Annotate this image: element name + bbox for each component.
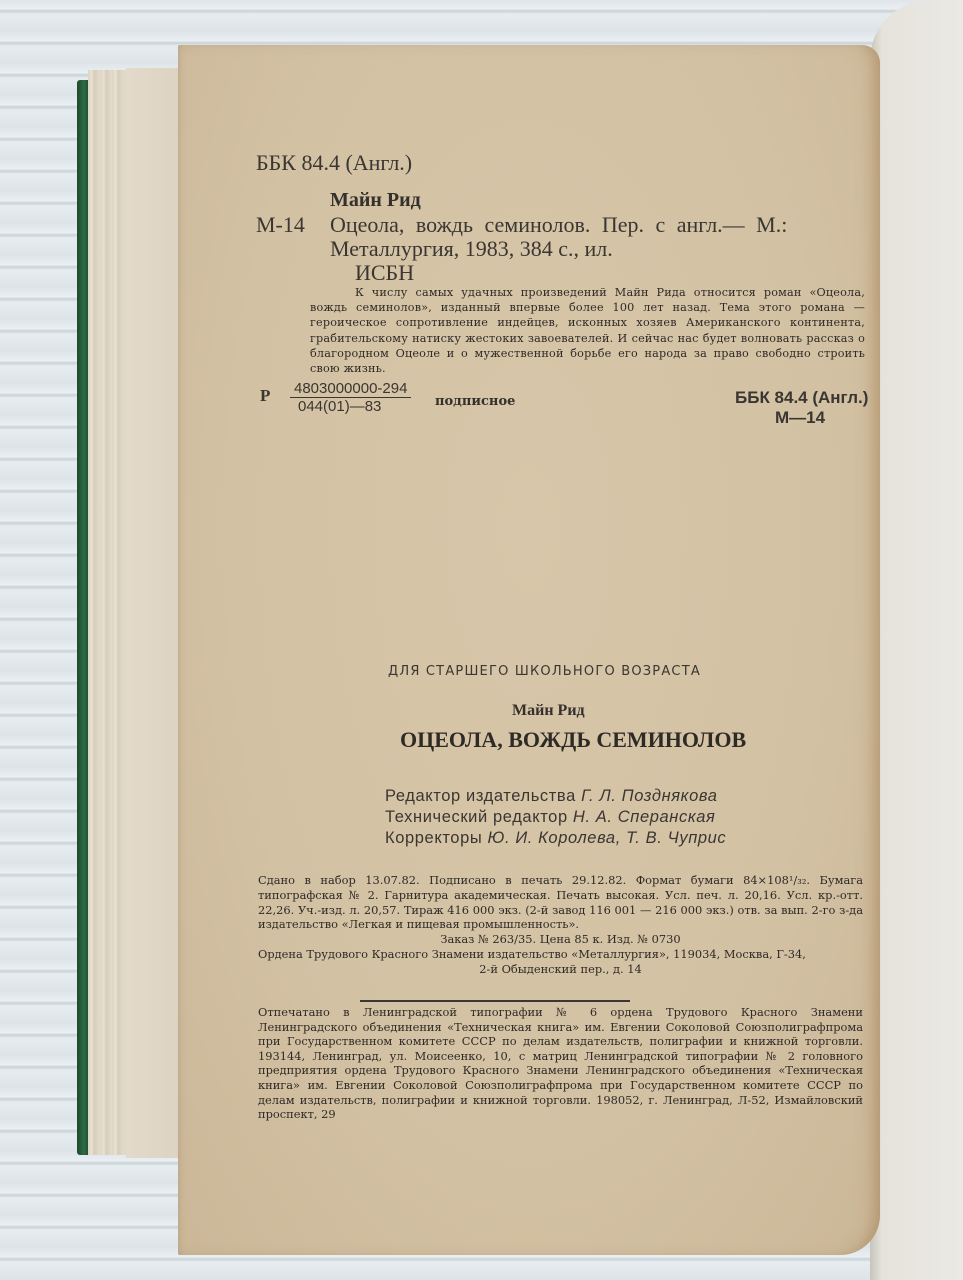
r-letter: Р: [260, 386, 270, 406]
credit-editor: Редактор издательства Г. Л. Позднякова: [385, 786, 726, 807]
bbk-right-index: М—14: [735, 408, 868, 428]
facing-page: [870, 0, 963, 1280]
imprint-block: Сдано в набор 13.07.82. Подписано в печа…: [258, 873, 863, 977]
publisher-line: Ордена Трудового Красного Знамени издате…: [258, 947, 863, 962]
catalog-title-line: Оцеола, вождь семинолов. Пер. с англ.— М…: [330, 212, 787, 238]
credit-role: Редактор издательства: [385, 787, 576, 805]
printer-block: Отпечатано в Ленинградской типографии № …: [258, 1005, 863, 1122]
colophon-title: ОЦЕОЛА, ВОЖДЬ СЕМИНОЛОВ: [400, 727, 746, 753]
page-block-edges-inner: [126, 68, 186, 1158]
code-numerator: 4803000000-294: [290, 380, 411, 398]
bbk-right-code: ББК 84.4 (Англ.): [735, 388, 868, 407]
colophon-author: Майн Рид: [512, 702, 585, 720]
credit-name: Г. Л. Позднякова: [581, 787, 717, 805]
credit-proofreaders: Корректоры Ю. И. Королева, Т. В. Чуприс: [385, 828, 726, 849]
credit-name: Н. А. Сперанская: [573, 808, 716, 826]
catalog-author: Майн Рид: [330, 189, 421, 212]
printer-text: Отпечатано в Ленинградской типографии № …: [258, 1005, 863, 1122]
catalog-code-fraction: 4803000000-294 044(01)—83: [290, 380, 411, 415]
code-denominator: 044(01)—83: [290, 398, 411, 415]
annotation-text: К числу самых удачных произведений Майн …: [310, 285, 865, 376]
bbk-right-block: ББК 84.4 (Англ.) М—14: [735, 388, 868, 428]
publisher-address: 2-й Обыденский пер., д. 14: [258, 962, 863, 977]
credit-role: Технический редактор: [385, 808, 568, 826]
credits-list: Редактор издательства Г. Л. Позднякова Т…: [385, 786, 726, 849]
subscription-label: подписное: [435, 394, 515, 409]
separator-rule: [360, 1000, 630, 1002]
age-group-label: ДЛЯ СТАРШЕГО ШКОЛЬНОГО ВОЗРАСТА: [388, 664, 701, 679]
isbn-label: ИСБН: [355, 260, 414, 286]
imprint-main: Сдано в набор 13.07.82. Подписано в печа…: [258, 873, 863, 932]
catalog-index: М-14: [256, 212, 305, 238]
credit-name: Ю. И. Королева, Т. В. Чуприс: [488, 829, 727, 847]
credit-tech-editor: Технический редактор Н. А. Сперанская: [385, 807, 726, 828]
credit-role: Корректоры: [385, 829, 482, 847]
catalog-publisher-line: Металлургия, 1983, 384 с., ил.: [330, 236, 613, 262]
order-line: Заказ № 263/35. Цена 85 к. Изд. № 0730: [258, 932, 863, 947]
bbk-code: ББК 84.4 (Англ.): [256, 150, 412, 176]
annotation-paragraph: К числу самых удачных произведений Майн …: [310, 285, 865, 376]
